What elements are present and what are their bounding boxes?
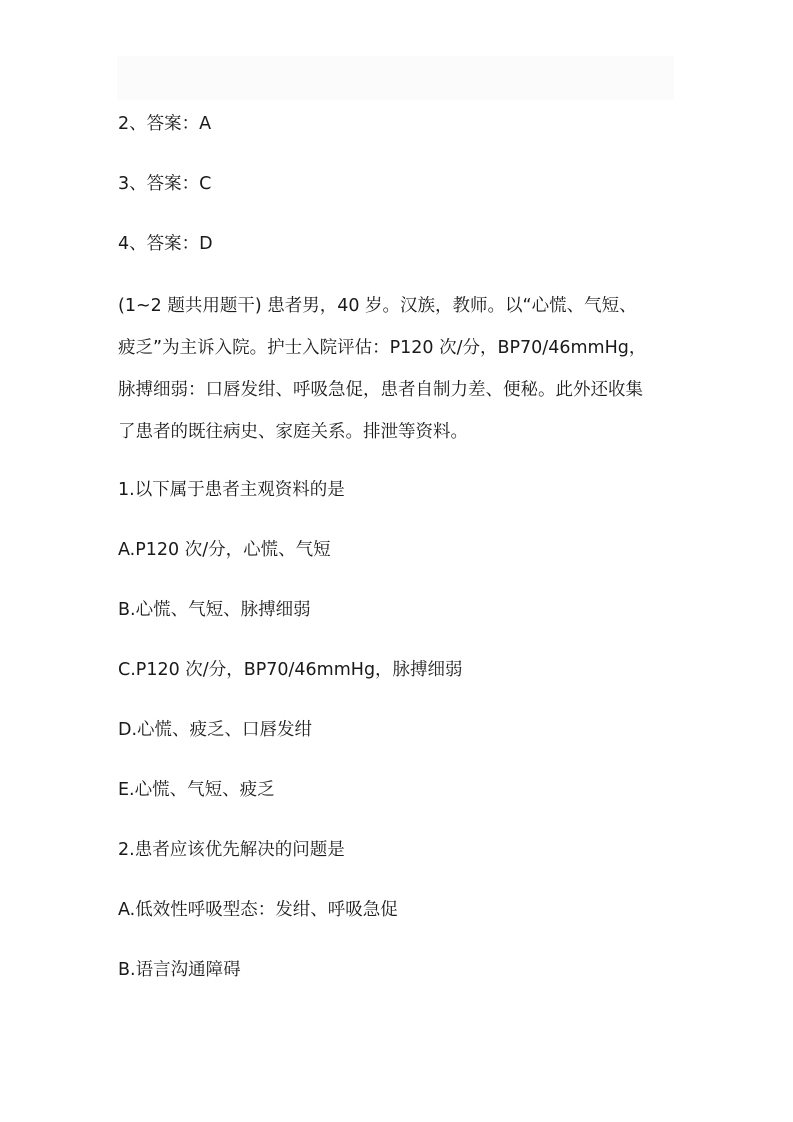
question-1-option-d: D.心慌、疲乏、口唇发绀 xyxy=(118,718,312,742)
question-1-option-c: C.P120 次/分，BP70/46mmHg，脉搏细弱 xyxy=(118,658,463,682)
stem-line: (1~2 题共用题干) 患者男，40 岁。汉族，教师。以“心慌、气短、 xyxy=(118,285,688,327)
question-1-option-e: E.心慌、气短、疲乏 xyxy=(118,778,275,802)
answer-line: 3、答案：C xyxy=(118,172,211,196)
question-1-prompt: 1.以下属于患者主观资料的是 xyxy=(118,478,345,502)
answer-line: 4、答案：D xyxy=(118,232,213,256)
stem-line: 了患者的既往病史、家庭关系。排泄等资料。 xyxy=(118,411,688,453)
stem-line: 脉搏细弱：口唇发绀、呼吸急促，患者自制力差、便秘。此外还收集 xyxy=(118,369,688,411)
question-2-option-b: B.语言沟通障碍 xyxy=(118,958,241,982)
stem-line: 疲乏”为主诉入院。护士入院评估：P120 次/分，BP70/46mmHg， xyxy=(118,327,688,369)
answer-line: 2、答案：A xyxy=(118,112,211,136)
question-1-option-a: A.P120 次/分，心慌、气短 xyxy=(118,538,331,562)
question-2-option-a: A.低效性呼吸型态：发绀、呼吸急促 xyxy=(118,898,398,922)
question-stem: (1~2 题共用题干) 患者男，40 岁。汉族，教师。以“心慌、气短、 疲乏”为… xyxy=(118,285,688,453)
question-2-prompt: 2.患者应该优先解决的问题是 xyxy=(118,838,345,862)
question-1-option-b: B.心慌、气短、脉搏细弱 xyxy=(118,598,311,622)
faded-header-banner xyxy=(117,56,674,100)
